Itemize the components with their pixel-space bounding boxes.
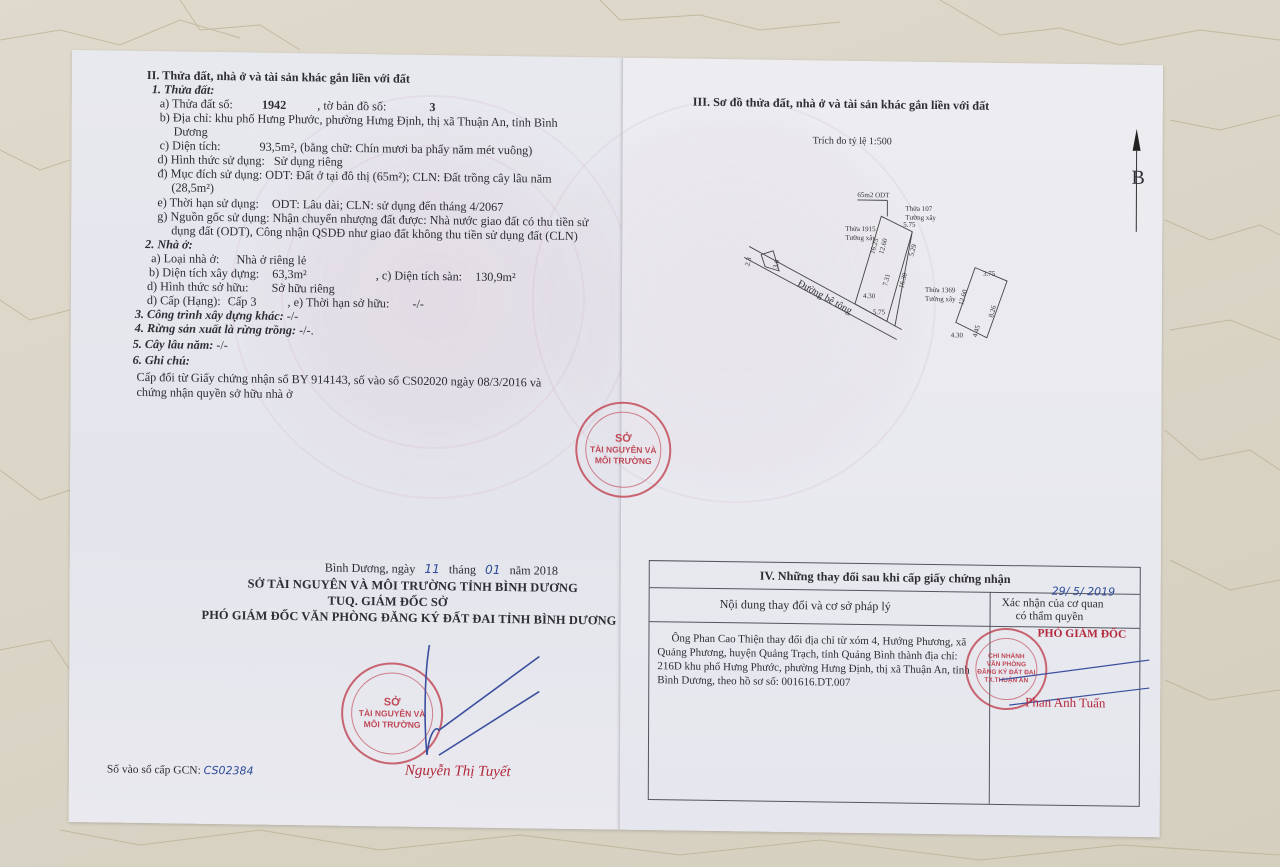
own-term-label: , e) Thời hạn sở hữu: — [288, 295, 390, 310]
signer-name: Nguyễn Thị Tuyết — [405, 763, 511, 781]
purpose-label: đ) Mục đích sử dụng: — [157, 166, 262, 181]
certificate-left-page: II. Thửa đất, nhà ở và tài sản khác gắn … — [69, 50, 622, 830]
map-scale: Trích đo tỷ lệ 1:500 — [813, 134, 892, 149]
notes-line2: chứng nhận quyền sở hữu nhà ở — [136, 385, 292, 401]
svg-text:5.29: 5.29 — [907, 243, 918, 257]
forest-value: -/-. — [299, 323, 314, 337]
svg-text:5.75: 5.75 — [873, 308, 886, 316]
perennial-label: 5. Cây lâu năm: — [133, 337, 214, 352]
svg-text:4.30: 4.30 — [951, 331, 964, 339]
north-label: B — [1131, 167, 1144, 189]
other-works-value: -/- — [287, 309, 299, 323]
signer-position: PHÓ GIÁM ĐỐC VĂN PHÒNG ĐĂNG KÝ ĐẤT ĐAI T… — [202, 608, 617, 628]
svg-text:7.31: 7.31 — [881, 272, 892, 286]
sign-date: Bình Dương, ngày 11 tháng 01 năm 2018 — [325, 561, 558, 578]
build-area-label: b) Diện tích xây dựng: — [149, 265, 259, 281]
sign-month: 01 — [485, 563, 501, 577]
parcel-label: a) Thửa đất số: — [160, 96, 233, 111]
svg-text:Tường xây: Tường xây — [925, 295, 956, 303]
floor-area-value: 130,9m² — [475, 270, 516, 285]
seal-text-1: SỞ — [384, 697, 401, 708]
svg-text:5.75: 5.75 — [903, 221, 916, 229]
certificate-right-page: III. Sơ đồ thửa đất, nhà ở và tài sản kh… — [619, 58, 1163, 838]
parcel-1369-label: Thửa 1369 — [925, 286, 956, 294]
house-type-value: Nhà ở riêng lẻ — [236, 252, 306, 267]
on-behalf-title: TUQ. GIÁM ĐỐC SỞ — [328, 594, 448, 610]
grade-value: Cấp 3 — [228, 294, 257, 308]
confirmation-column-header-line2: có thẩm quyền — [1016, 609, 1084, 624]
registry-label: Số vào sổ cấp GCN: — [107, 763, 201, 776]
notes-heading: 6. Ghi chú: — [133, 353, 190, 368]
forest-row: 4. Rừng sản xuất là rừng trồng: -/-. — [135, 321, 314, 337]
center-seal-text-3: MÔI TRƯỜNG — [595, 455, 652, 467]
sign-year: năm 2018 — [510, 563, 558, 578]
ownership-label: d) Hình thức sở hữu: — [147, 279, 249, 294]
sign-month-label: tháng — [449, 562, 476, 576]
perennial-value: -/- — [216, 338, 228, 352]
svg-text:3.0: 3.0 — [771, 258, 781, 269]
own-term-value: -/- — [412, 297, 424, 311]
changes-table: IV. Những thay đổi sau khi cấp giấy chứn… — [648, 560, 1141, 807]
forest-label: 4. Rừng sản xuất là rừng trồng: — [135, 321, 296, 337]
official-seal-center: SỞ TÀI NGUYÊN VÀ MÔI TRƯỜNG — [575, 401, 671, 498]
confirmation-signer: Phan Anh Tuấn — [1025, 694, 1105, 711]
odt-label: 65m2 ODT — [857, 191, 890, 199]
address-line2: Dương — [174, 124, 208, 138]
origin-label: g) Nguồn gốc sử dụng: — [157, 209, 269, 225]
registry-row: Số vào sổ cấp GCN: CS02384 — [107, 762, 254, 778]
sign-place-label: Bình Dương, ngày — [325, 561, 416, 576]
svg-text:4.45: 4.45 — [971, 324, 982, 338]
grade-label: d) Cấp (Hạng): — [147, 293, 221, 308]
map-sheet-number: 3 — [429, 100, 435, 114]
svg-text:2.3: 2.3 — [743, 256, 753, 267]
usage-form-label: d) Hình thức sử dụng: — [157, 152, 264, 167]
parcel-diagram: Đường bê tông 65m2 ODT Thửa 107 Tường xâ… — [737, 184, 1038, 363]
floor-area-label: , c) Diện tích sàn: — [376, 268, 462, 283]
svg-text:12.60: 12.60 — [957, 288, 969, 306]
signature-scribble — [399, 635, 560, 777]
usage-form-value: Sử dụng riêng — [274, 154, 343, 169]
changes-column-header: Nội dung thay đổi và cơ sở pháp lý — [720, 597, 891, 613]
confirmation-title: PHÓ GIÁM ĐỐC — [1037, 626, 1126, 641]
svg-text:Đường bê tông: Đường bê tông — [796, 278, 854, 317]
svg-text:8.26: 8.26 — [987, 304, 998, 318]
registry-number: CS02384 — [204, 764, 254, 778]
svg-text:3.75: 3.75 — [983, 270, 996, 278]
house-type-label: a) Loại nhà ở: — [151, 251, 219, 266]
area-label: c) Diện tích: — [160, 138, 221, 153]
map-sheet-label: , tờ bản đồ số: — [317, 98, 386, 113]
ownership-value: Sở hữu riêng — [272, 281, 335, 296]
sign-day: 11 — [424, 562, 440, 576]
build-area-value: 63,3m² — [272, 267, 307, 281]
issuing-organization: SỞ TÀI NGUYÊN VÀ MÔI TRƯỜNG TỈNH BÌNH DƯ… — [248, 576, 578, 595]
house-heading: 2. Nhà ở: — [145, 237, 193, 252]
parcel-number: 1942 — [262, 98, 286, 112]
land-use-certificate: II. Thửa đất, nhà ở và tài sản khác gắn … — [69, 50, 1162, 837]
svg-text:16.30: 16.30 — [897, 271, 909, 289]
center-seal-text-1: SỞ — [615, 433, 632, 444]
address-label: b) Địa chỉ: — [160, 110, 212, 125]
confirmation-date: 29/ 5/ 2019 — [1052, 585, 1115, 600]
perennial-row: 5. Cây lâu năm: -/- — [133, 337, 228, 352]
parcel-1915-label: Thửa 1915 — [845, 225, 876, 233]
term-label: e) Thời hạn sử dụng: — [157, 195, 259, 210]
purpose-line2: (28,5m²) — [171, 180, 214, 195]
svg-text:4.30: 4.30 — [863, 292, 876, 300]
section-iv-title: IV. Những thay đổi sau khi cấp giấy chứn… — [760, 569, 1011, 587]
land-heading: 1. Thửa đất: — [152, 82, 215, 97]
change-entry-line4: Bình Dương, theo hồ sơ số: 001616.DT.007 — [657, 673, 850, 690]
center-seal-text-2: TÀI NGUYÊN VÀ — [590, 444, 657, 456]
parcel-107-label: Thửa 107 — [905, 205, 932, 213]
